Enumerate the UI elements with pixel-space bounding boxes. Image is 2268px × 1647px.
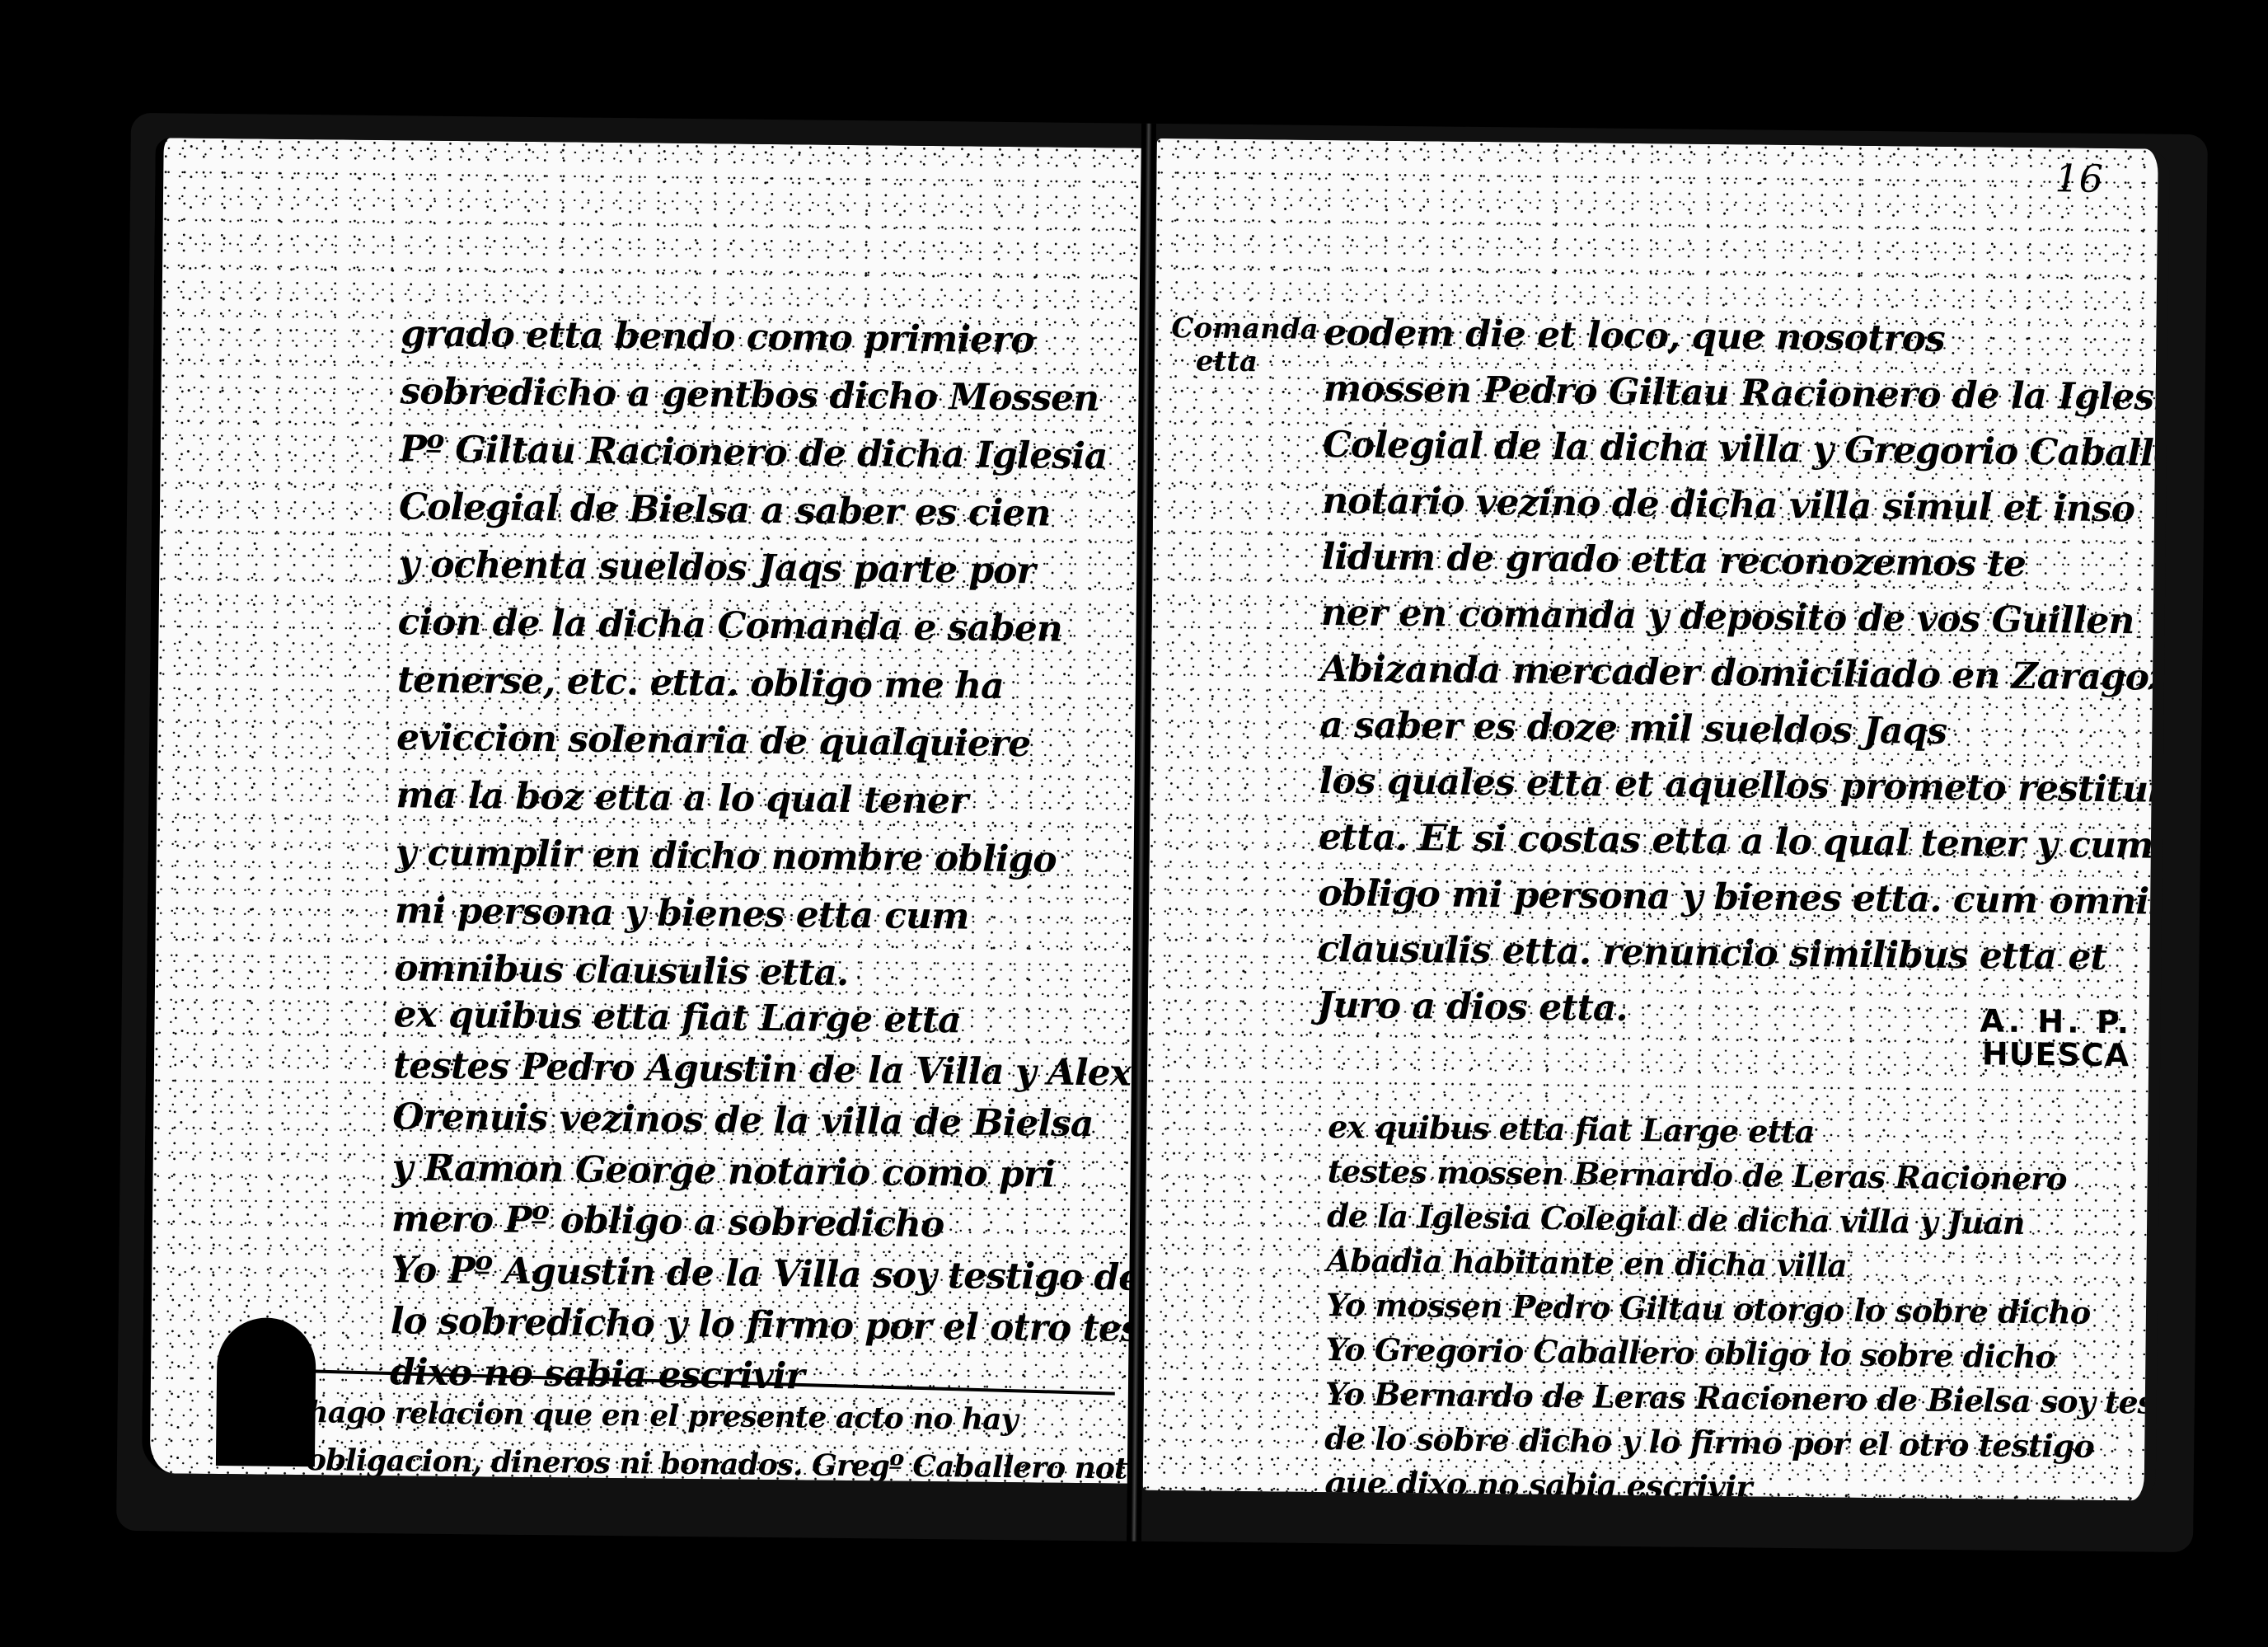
text-line: testes Pedro Agustin de la Villa y Alexa…: [393, 1040, 1149, 1100]
text-line: y cumplir en dicho nombre obligo: [395, 824, 1103, 889]
text-line: etta. Et si costas etta a lo qual tener …: [1319, 809, 2170, 875]
margin-note: Comanda etta: [1171, 312, 1319, 379]
left-witness-text: ex quibus etta fiat Large etta testes Pe…: [390, 989, 1149, 1406]
right-witness-text: ex quibus etta fiat Large etta testes mo…: [1324, 1105, 2169, 1501]
archive-stamp: A. H. P. HUESCA: [1980, 1004, 2132, 1072]
text-line: Colegial de la dicha villa y Gregorio Ca…: [1323, 417, 2170, 482]
left-page: grado etta bendo como primiero sobredich…: [142, 138, 1149, 1484]
text-line: ner en comanda y deposito de vos Guillen: [1320, 585, 2169, 650]
text-line: Pº Giltau Racionero de dicha Iglesia: [399, 420, 1107, 486]
text-line: mi persona y bienes etta cum: [395, 882, 1103, 947]
text-line: Orenuis vezinos de la villa de Bielsa: [392, 1091, 1149, 1152]
text-line: notario vezino de dicha villa simul et i…: [1322, 473, 2170, 538]
text-line: eviccion solenaria de qualquiere: [396, 709, 1104, 774]
text-line: lo sobredicho y lo firmo por el otro tes…: [390, 1296, 1148, 1356]
text-line: clausulis etta. renuncio similibus etta …: [1317, 922, 2170, 987]
text-line: Abizanda mercader domiciliado en Zaragoz…: [1320, 641, 2170, 706]
text-line: ma la boz etta a lo qual tener: [396, 767, 1104, 832]
text-line: y ochenta sueldos Jaqs parte por: [398, 536, 1106, 601]
text-line: los quales etta et aquellos prometo rest…: [1319, 753, 2169, 819]
page-curl: [216, 1317, 316, 1466]
text-line: cion de la dicha Comanda e saben: [397, 594, 1105, 659]
right-body-text: eodem die et loco, que nosotros mossen P…: [1316, 305, 2169, 1043]
text-line: a saber es doze mil sueldos Jaqs: [1319, 697, 2170, 762]
text-line: Colegial de Bielsa a saber es cien: [399, 478, 1107, 543]
text-line: y Ramon George notario como pri: [391, 1143, 1148, 1203]
left-body-text: grado etta bendo como primiero sobredich…: [394, 305, 1108, 1005]
bound-book: grado etta bendo como primiero sobredich…: [116, 113, 2208, 1552]
left-footer-text: hago relacion que en el presente acto no…: [307, 1388, 1149, 1484]
text-line: obligo mi persona y bienes etta. cum omn…: [1318, 866, 2170, 931]
text-line: eodem die et loco, que nosotros: [1324, 305, 2170, 370]
stamp-line-1: A. H. P.: [1980, 1004, 2132, 1039]
margin-note-line: Comanda: [1171, 312, 1319, 346]
margin-note-line: etta: [1171, 345, 1319, 379]
text-line: obligacion, dineros ni bonados. Gregº Ca…: [307, 1436, 1149, 1484]
page-number: 16: [2055, 156, 2103, 201]
text-line: Yo Pº Agustin de la Villa soy testigo de: [391, 1245, 1149, 1305]
text-line: lidum de grado etta reconozemos te: [1321, 529, 2170, 594]
stamp-line-2: HUESCA: [1980, 1037, 2132, 1072]
text-line: mero Pº obligo a sobredicho: [391, 1194, 1149, 1254]
scan-background: grado etta bendo como primiero sobredich…: [0, 0, 2268, 1647]
right-page: 16 Comanda etta eodem die et loco, que n…: [1143, 138, 2170, 1501]
text-line: grado etta bendo como primiero: [401, 305, 1108, 370]
text-line: mossen Pedro Giltau Racionero de la Igle…: [1323, 361, 2169, 426]
text-line: tenerse, etc. etta. obligo me ha: [397, 651, 1105, 716]
text-line: ex quibus etta fiat Large etta: [393, 989, 1148, 1049]
text-line: sobredicho a gentbos dicho Mossen: [400, 363, 1108, 428]
